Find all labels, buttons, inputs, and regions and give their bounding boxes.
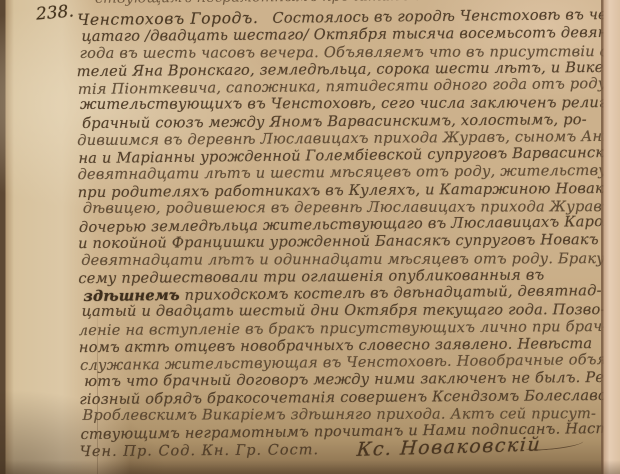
next-page-edge (601, 0, 620, 474)
register-page-scan: ствующимъ неграмотнымъ прочитанъ и Нами … (0, 0, 620, 474)
entry-number: 238. (35, 1, 74, 24)
registrar-signature: Кс. Новаковскій (356, 437, 542, 460)
margin-rule-line (97, 300, 98, 474)
record-line: года въ шесть часовъ вечера. Объявляемъ … (80, 43, 609, 62)
record-line: девятнадцати лѣтъ и одиннадцати мѣсяцевъ… (81, 250, 610, 269)
record-line: жительствующихъ въ Ченстоховѣ, сего числ… (80, 94, 609, 113)
bottom-edge-shadow (0, 460, 620, 474)
place-heading: Ченстоховъ Городъ. (77, 9, 258, 29)
act-text-block: Ченстоховъ Городъ.Состоялось въ городѣ Ч… (76, 7, 612, 460)
registrar-title-abbreviation: Чен. Пр. Сод. Кн. Гр. Сост. (80, 442, 319, 460)
record-line-text: Состоялось въ городѣ Ченстоховѣ въ четыр… (272, 5, 620, 27)
